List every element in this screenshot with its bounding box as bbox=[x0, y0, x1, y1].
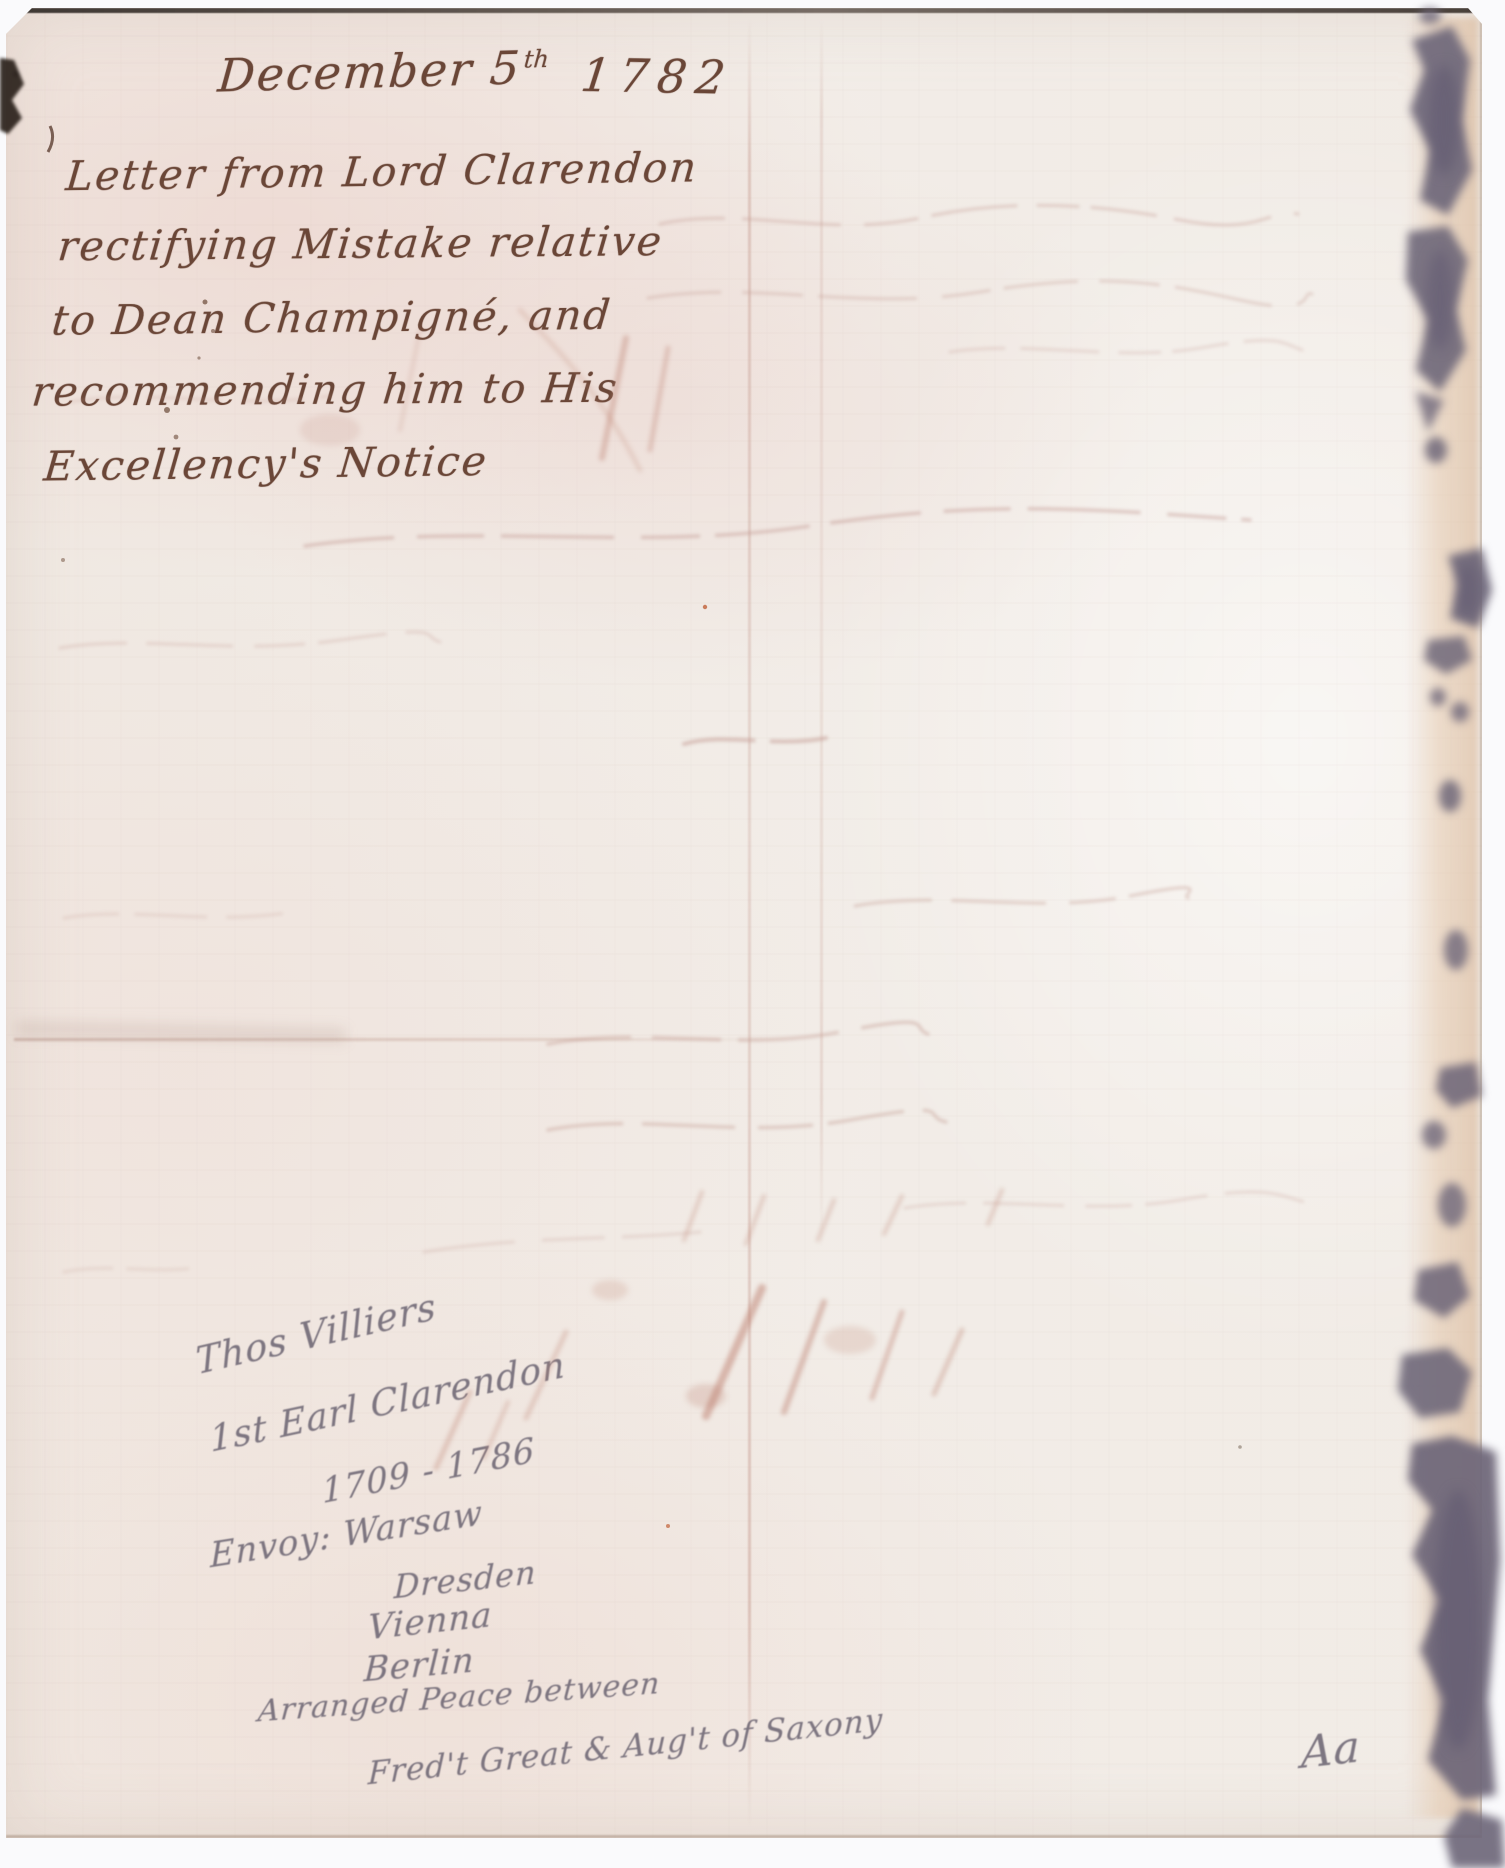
summary-line: Letter from Lord Clarendon bbox=[64, 144, 700, 201]
summary-line: rectifying Mistake relative bbox=[56, 217, 666, 270]
pencil-line: 1709 - 1786 bbox=[321, 1430, 536, 1512]
paper-bottom-edge bbox=[6, 1835, 1482, 1838]
page-date: December 5th1782 bbox=[216, 35, 738, 103]
summary-line: to Dean Champigné, and bbox=[50, 291, 614, 345]
shelfmark: Aa bbox=[1301, 1722, 1361, 1780]
paper-right-edge bbox=[1480, 20, 1482, 1834]
tan-edge-stain bbox=[1406, 18, 1478, 1818]
paper-sheet: December 5th1782 Letter from Lord Claren… bbox=[6, 8, 1482, 1838]
scanned-letter-page: December 5th1782 Letter from Lord Claren… bbox=[0, 0, 1505, 1868]
summary-line: recommending him to His bbox=[30, 364, 621, 416]
scanner-top-edge-line bbox=[24, 8, 1476, 13]
date-ordinal: th bbox=[523, 45, 550, 74]
summary-line: Excellency's Notice bbox=[42, 437, 490, 490]
fold-crease-vertical-faint bbox=[820, 18, 823, 1248]
fold-crease-vertical bbox=[748, 18, 751, 1828]
date-day: December 5 bbox=[216, 41, 523, 103]
pencil-line: Thos Villiers bbox=[194, 1284, 438, 1383]
date-year: 1782 bbox=[578, 48, 737, 105]
